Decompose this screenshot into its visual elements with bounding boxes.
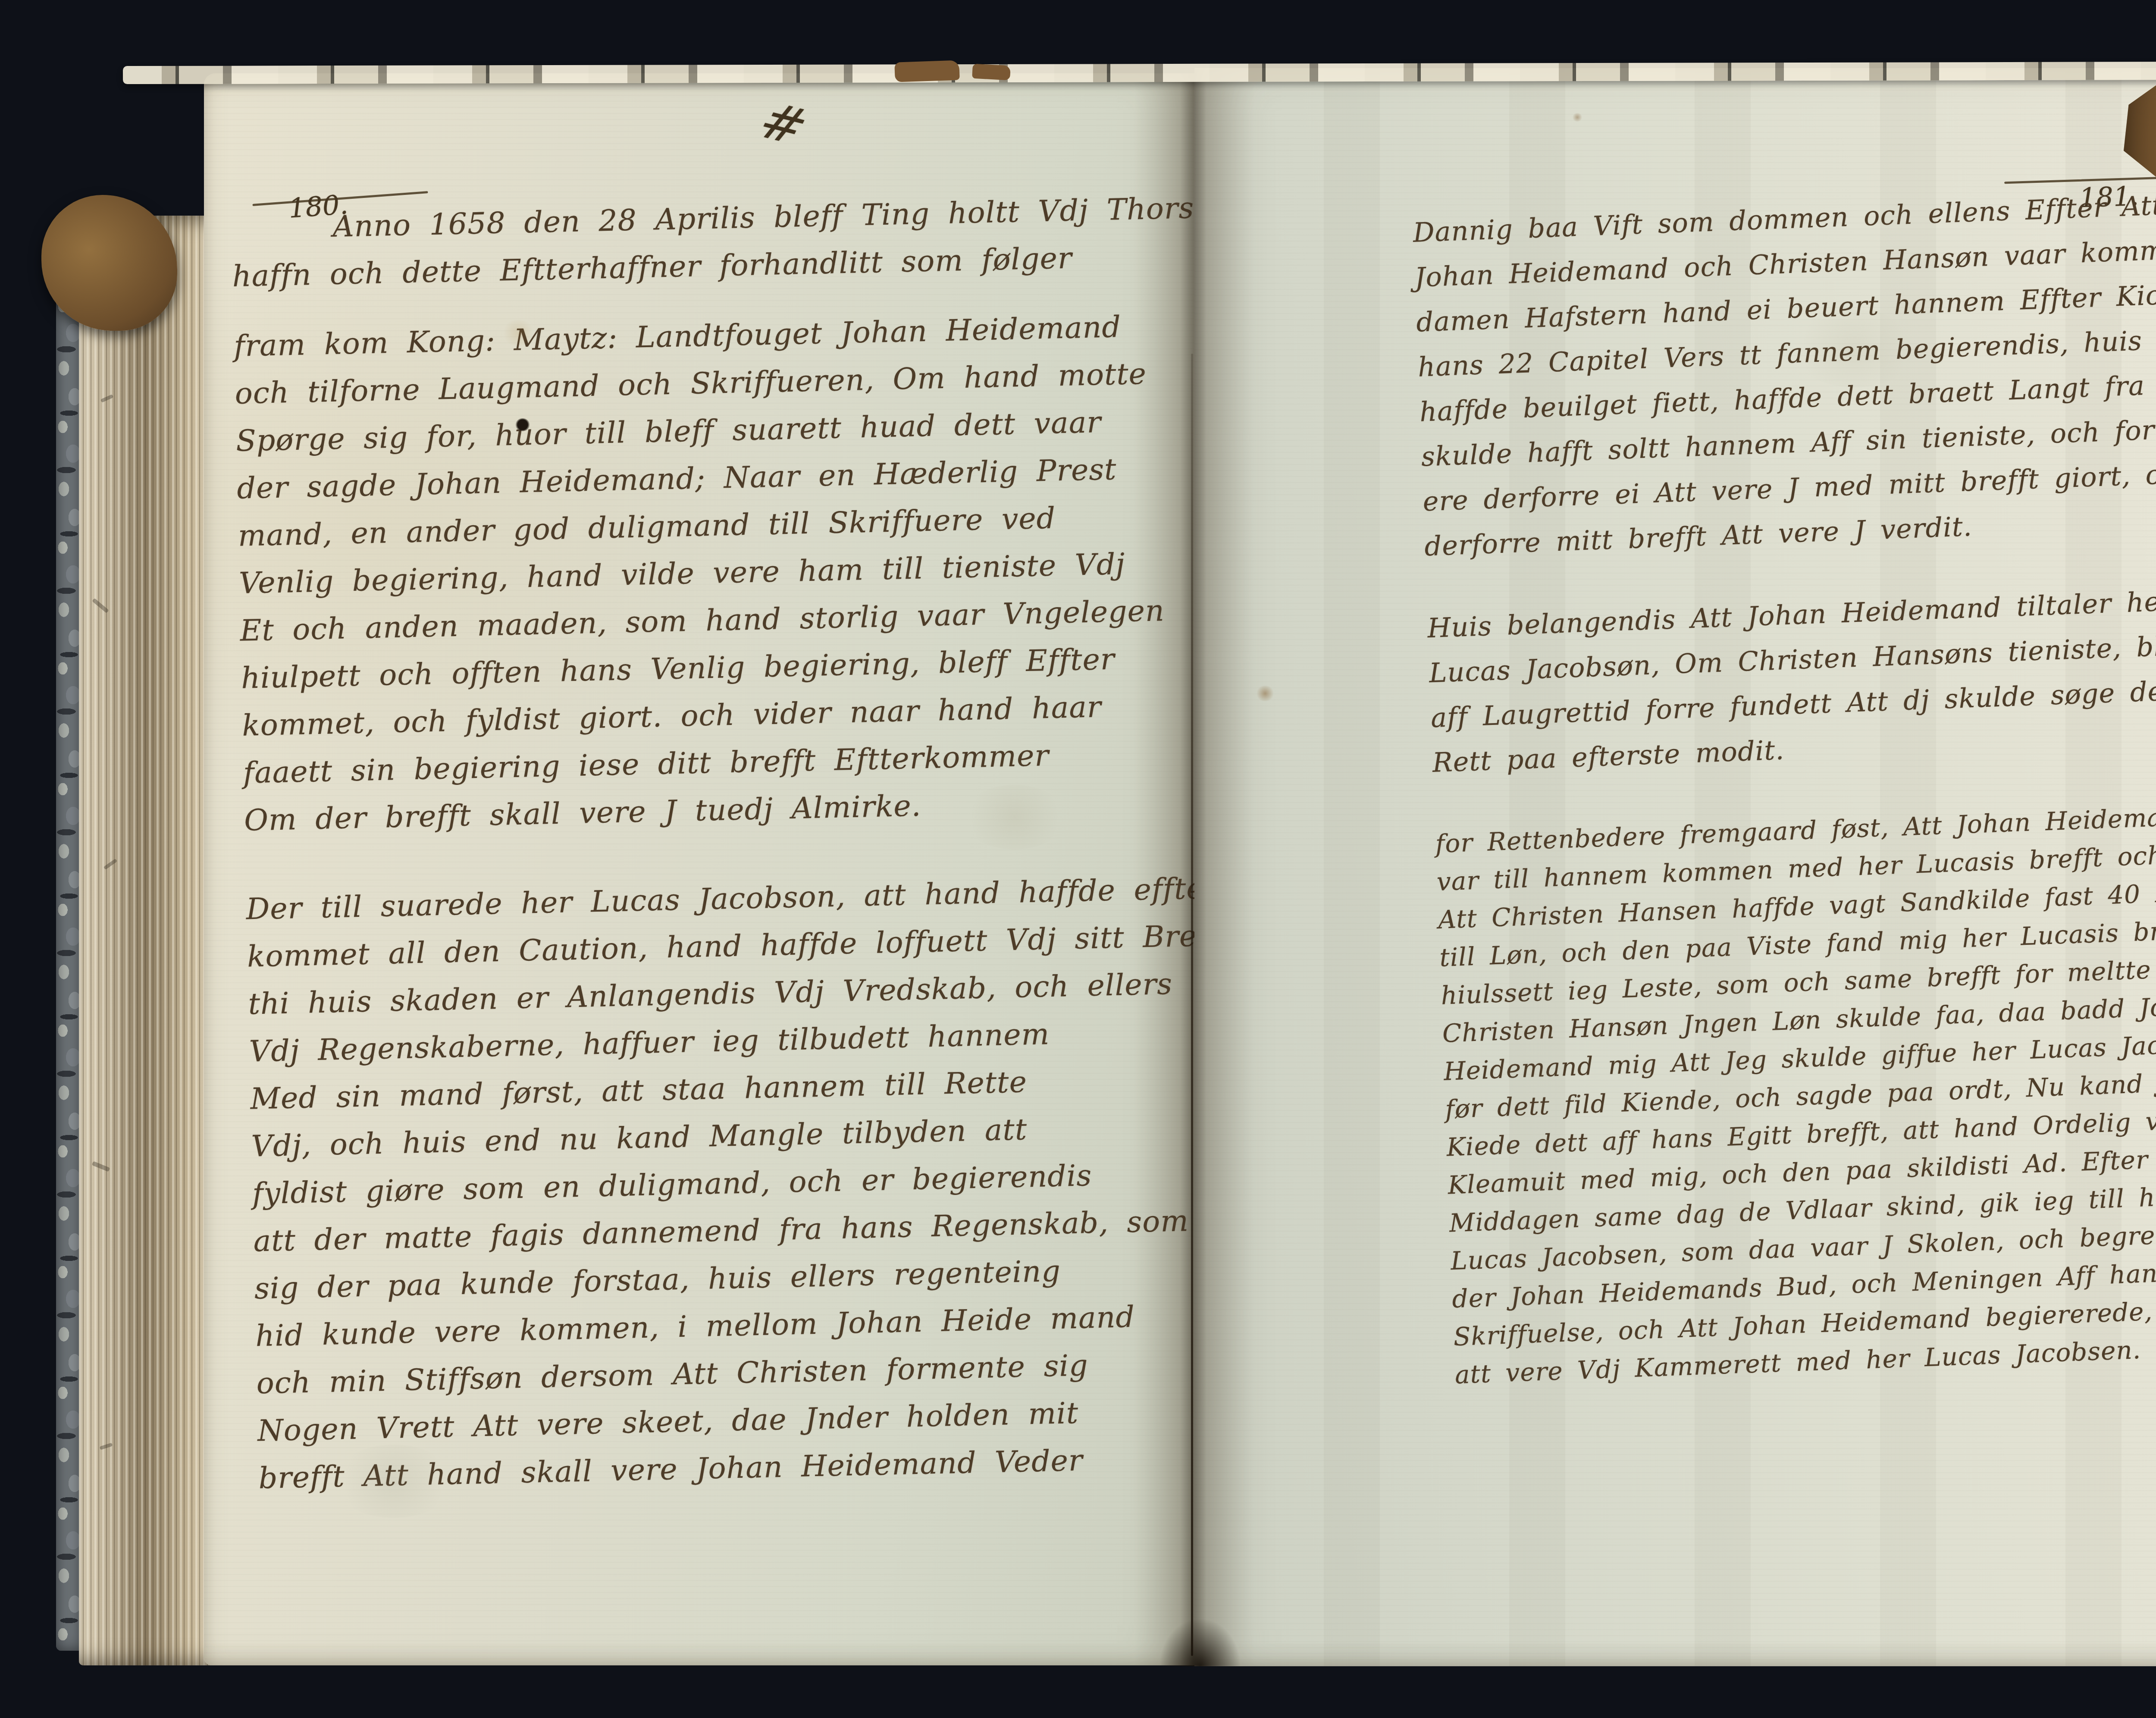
photograph-background: # 180. Anno 1658 den 28 Aprilis bleff Ti… bbox=[0, 0, 2156, 1718]
paper-stain bbox=[1572, 113, 1583, 122]
edge-ink-smudge bbox=[99, 1443, 113, 1450]
gutter-shadow bbox=[1134, 69, 1255, 1665]
ink-hash-mark: # bbox=[750, 91, 818, 157]
left-paragraph-2: Der till suarede her Lucas Jacobson, att… bbox=[246, 865, 1214, 1502]
right-page: 181. Dannig baa Vift som dommen och elle… bbox=[1194, 68, 2156, 1666]
edge-ink-smudge bbox=[92, 598, 109, 613]
leather-fragment bbox=[972, 64, 1011, 81]
left-text-block: Anno 1658 den 28 Aprilis bleff Ting holt… bbox=[231, 180, 1214, 1503]
left-page: # 180. Anno 1658 den 28 Aprilis bleff Ti… bbox=[204, 73, 1194, 1665]
right-paragraph-3: for Rettenbedere fremgaard føst, Att Joh… bbox=[1435, 796, 2156, 1394]
gutter-bottom-shadow bbox=[1159, 1618, 1241, 1666]
leather-fragment bbox=[894, 60, 960, 82]
left-paragraph-1: Anno 1658 den 28 Aprilis bleff Ting holt… bbox=[231, 185, 1200, 845]
marbled-cover-edge-left bbox=[56, 238, 82, 1651]
gutter-crease bbox=[1191, 354, 1193, 1656]
page-stack-edge-left bbox=[79, 216, 212, 1665]
right-paragraph-2: Huis belangendis Att Johan Heidemand til… bbox=[1427, 577, 2156, 785]
right-paragraph-1: Dannig baa Vift som dommen och ellens Ef… bbox=[1412, 182, 2156, 569]
paper-stain bbox=[1256, 686, 1275, 701]
edge-ink-smudge bbox=[100, 394, 114, 403]
edge-ink-smudge bbox=[103, 859, 117, 870]
right-text-block: Dannig baa Vift som dommen och ellens Ef… bbox=[1412, 182, 2156, 1394]
edge-ink-smudge bbox=[92, 1161, 110, 1172]
